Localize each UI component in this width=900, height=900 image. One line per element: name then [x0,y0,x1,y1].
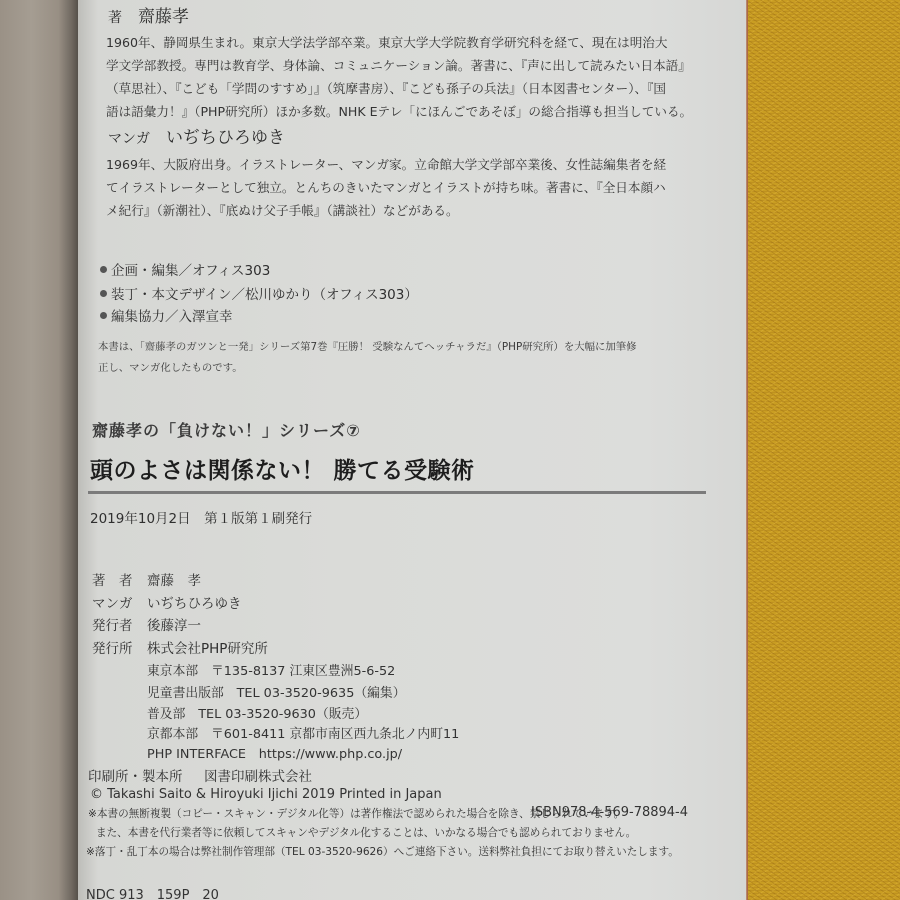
manga-role: マンガ [108,131,150,147]
address-line: 東京本部 〒135-8137 江東区豊洲5-6-52 [147,660,395,679]
author-role: 著 [108,10,122,26]
author-bio-line: 学文学部教授。専門は教育学、身体論、コミュニケーション論。著書に、『声に出して読… [106,54,692,77]
manga-bio: 1969年、大阪府出身。イラストレーター、マンガ家。立命館大学文学部卒業後、女性… [106,153,666,222]
colophon-label: 発行者 [92,614,152,634]
colophon-value: 株式会社PHP研究所 [147,637,268,657]
colophon-label: マンガ [92,592,152,612]
colophon-value: いぢちひろゆき [147,592,242,612]
credit-text: 編集協力／入澤宣幸 [111,309,233,325]
legal-notice: ※本書の無断複製（コピー・スキャン・デジタル化等）は著作権法で認められた場合を除… [88,806,624,821]
book-spine-shadow [0,0,78,900]
author-heading: 著齋藤孝 [108,2,189,27]
copyright-notice: © Takashi Saito & Hiroyuki Ijichi 2019 P… [90,787,442,802]
manga-bio-line: てイラストレーターとして独立。とんちのきいたマンガとイラストが持ち味。著書に、『… [106,176,666,199]
book-title: 頭のよさは関係ない！ 勝てる受験術 [90,452,475,485]
source-note-line: 正し、マンガ化したものです。 [98,358,637,379]
author-bio-line: 語は語彙力！』（PHP研究所）ほか多数。NHK Eテレ「にほんごであそぼ」の総合… [106,100,692,123]
ndc-classification: NDC 913 159P 20 [86,884,219,900]
bullet-icon [100,312,107,319]
legal-notice: ※落丁・乱丁本の場合は弊社制作管理部（TEL 03-3520-9626）へご連絡… [86,844,679,859]
source-note: 本書は、「齋藤孝のガツンと一発」シリーズ第7巻『圧勝！ 受験なんてへッチャラだ』… [98,337,637,379]
manga-heading: マンガいぢちひろゆき [108,123,285,148]
colophon-page: 著齋藤孝 1960年、静岡県生まれ。東京大学法学部卒業。東京大学大学院教育学研究… [78,0,746,900]
colophon-label: 著 者 [92,569,152,589]
legal-notice: また、本書を代行業者等に依頼してスキャンやデジタル化することは、いかなる場合でも… [96,825,636,840]
printer-name: 図書印刷株式会社 [204,765,312,785]
address-line: 児童書出版部 TEL 03-3520-9635（編集） [147,682,406,701]
website-line: PHP INTERFACE https://www.php.co.jp/ [147,743,402,762]
credit-item: 装丁・本文デザイン／松川ゆかり（オフィス303） [100,283,418,303]
author-bio-line: （草思社）、『こども「学問のすすめ」』（筑摩書房）、『こども孫子の兵法』（日本図… [106,77,692,100]
manga-bio-line: メ紀行』（新潮社）、『底ぬけ父子手帳』（講談社）などがある。 [106,199,666,222]
colophon-label: 発行所 [92,637,152,657]
author-name: 齋藤孝 [138,7,189,27]
series-name: 齋藤孝の「負けない！」シリーズ⑦ [92,418,361,441]
source-note-line: 本書は、「齋藤孝のガツンと一発」シリーズ第7巻『圧勝！ 受験なんてへッチャラだ』… [98,337,637,358]
printer-label: 印刷所・製本所 [88,765,183,785]
manga-bio-line: 1969年、大阪府出身。イラストレーター、マンガ家。立命館大学文学部卒業後、女性… [106,153,666,176]
credit-item: 編集協力／入澤宣幸 [100,305,233,325]
bullet-icon [100,290,107,297]
address-line: 普及部 TEL 03-3520-9630（販売） [147,703,367,722]
bullet-icon [100,266,107,273]
address-line: 京都本部 〒601-8411 京都市南区西九条北ノ内町11 [147,723,459,742]
credit-text: 企画・編集／オフィス303 [111,263,270,279]
title-divider [88,491,706,494]
author-bio: 1960年、静岡県生まれ。東京大学法学部卒業。東京大学大学院教育学研究科を経て、… [106,31,692,123]
publication-date: 2019年10月2日 第１版第１刷発行 [90,507,312,527]
credit-text: 装丁・本文デザイン／松川ゆかり（オフィス303） [111,287,418,303]
colophon-value: 齋藤 孝 [147,569,201,589]
author-bio-line: 1960年、静岡県生まれ。東京大学法学部卒業。東京大学大学院教育学研究科を経て、… [106,31,692,54]
yellow-fabric-background [748,0,900,900]
manga-artist-name: いぢちひろゆき [166,128,285,148]
colophon-value: 後藤淳一 [147,614,201,634]
credit-item: 企画・編集／オフィス303 [100,259,270,279]
